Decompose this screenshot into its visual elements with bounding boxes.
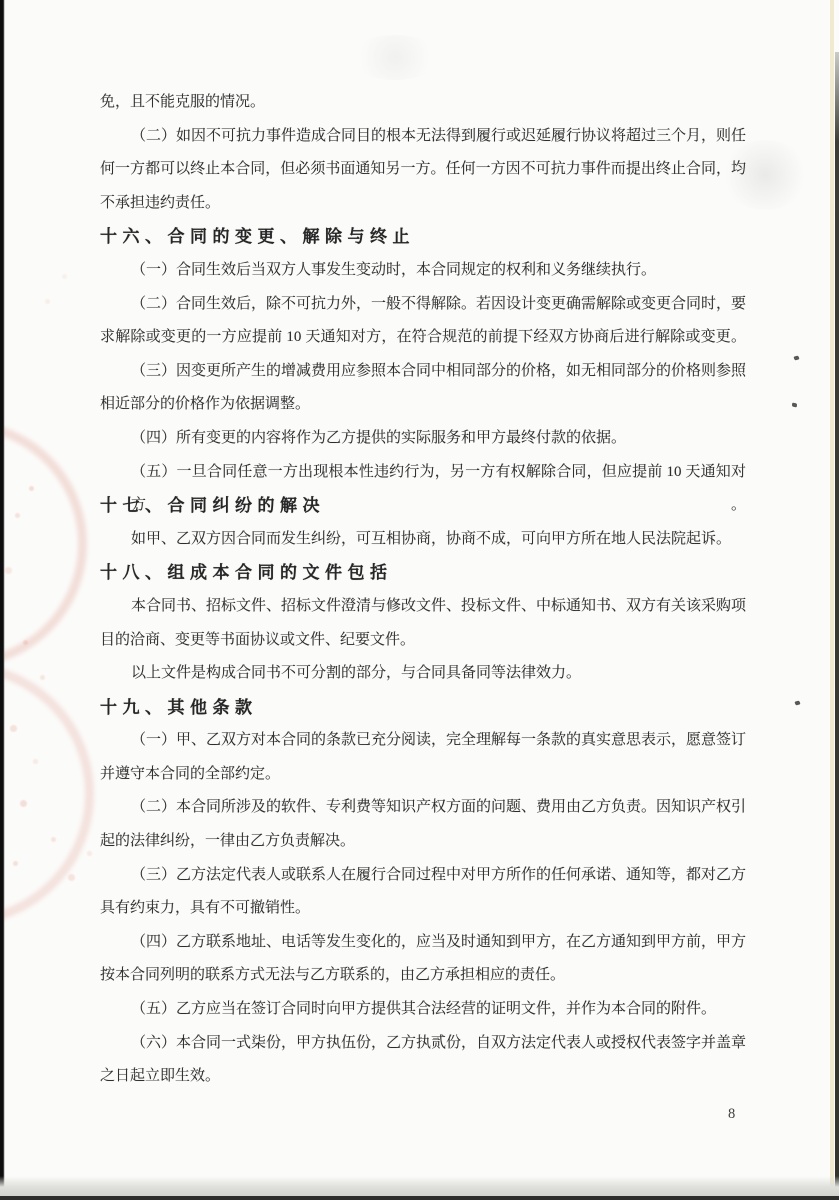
text-lines: 免，且不能克服的情况。（二）如因不可抗力事件造成合同目的根本无法得到履行或迟延履…	[100, 86, 746, 1094]
text-line: （一）甲、乙双方对本合同的条款已充分阅读，完全理解每一条款的真实意思表示，愿意签…	[100, 724, 746, 758]
text-line: （二）本合同所涉及的软件、专利费等知识产权方面的问题、费用由乙方负责。因知识产权…	[100, 791, 746, 825]
scan-edge-bottom	[0, 1196, 839, 1200]
text-line: 不承担违约责任。	[100, 187, 746, 221]
red-stamp-mark	[0, 662, 94, 926]
text-line: 如甲、乙双方因合同而发生纠纷，可互相协商，协商不成，可向甲方所在地人民法院起诉。	[100, 523, 746, 557]
text-line: （五）一旦合同任意一方出现根本性违约行为，另一方有权解除合同，但应提前 10 天…	[100, 456, 746, 490]
text-line: 之日起立即生效。	[100, 1060, 746, 1094]
text-line: 本合同书、招标文件、招标文件澄清与修改文件、投标文件、中标通知书、双方有关该采购…	[100, 590, 746, 624]
section-heading: 十九、其他条款	[100, 691, 746, 725]
scan-edge-left	[0, 0, 5, 1200]
text-line: 免，且不能克服的情况。	[100, 86, 746, 120]
text-line: 何一方都可以终止本合同，但必须书面通知另一方。任何一方因不可抗力事件而提出终止合…	[100, 153, 746, 187]
text-line: 以上文件是构成合同书不可分割的部分，与合同具备同等法律效力。	[100, 657, 746, 691]
text-line: （四）乙方联系地址、电话等发生变化的，应当及时通知到甲方，在乙方通知到甲方前，甲…	[100, 926, 746, 960]
text-line: 具有约束力，具有不可撤销性。	[100, 892, 746, 926]
scan-edge-right-tan	[830, 0, 834, 1200]
section-heading: 十八、组成本合同的文件包括	[100, 556, 746, 590]
ink-speck	[794, 355, 800, 360]
scan-smudge	[350, 35, 440, 80]
page-number: 8	[728, 1104, 735, 1124]
text-line: 并遵守本合同的全部约定。	[100, 758, 746, 792]
text-line: （六）本合同一式柒份，甲方执伍份，乙方执贰份，自双方法定代表人或授权代表签字并盖…	[100, 1027, 746, 1061]
text-line: （三）乙方法定代表人或联系人在履行合同过程中对甲方所作的任何承诺、通知等，都对乙…	[100, 859, 746, 893]
text-line: （二）如因不可抗力事件造成合同目的根本无法得到履行或迟延履行协议将超过三个月，则…	[100, 120, 746, 154]
document-page: 免，且不能克服的情况。（二）如因不可抗力事件造成合同目的根本无法得到履行或迟延履…	[0, 0, 839, 1200]
text-line: （一）合同生效后当双方人事发生变动时，本合同规定的权利和义务继续执行。	[100, 254, 746, 288]
text-line: 起的法律纠纷，一律由乙方负责解决。	[100, 825, 746, 859]
text-line: （二）合同生效后，除不可抗力外，一般不得解除。若因设计变更确需解除或变更合同时，…	[100, 288, 746, 322]
section-heading: 十六、合同的变更、解除与终止	[100, 220, 746, 254]
ink-speck	[792, 403, 798, 408]
red-stamp-mark	[0, 420, 87, 668]
text-line: （五）乙方应当在签订合同时向甲方提供其合法经营的证明文件，并作为本合同的附件。	[100, 993, 746, 1027]
text-line: 相近部分的价格作为依据调整。	[100, 388, 746, 422]
scan-edge-bottom-band	[0, 1176, 839, 1196]
ink-speck	[795, 700, 801, 705]
text-line: （四）所有变更的内容将作为乙方提供的实际服务和甲方最终付款的依据。	[100, 422, 746, 456]
text-line: 按本合同列明的联系方式无法与乙方联系的，由乙方承担相应的责任。	[100, 959, 746, 993]
scan-edge-right	[835, 52, 839, 1200]
text-line: 目的洽商、变更等书面协议或文件、纪要文件。	[100, 624, 746, 658]
text-line: 求解除或变更的一方应提前 10 天通知对方，在符合规范的前提下经双方协商后进行解…	[100, 321, 746, 355]
text-line: （三）因变更所产生的增减费用应参照本合同中相同部分的价格，如无相同部分的价格则参…	[100, 355, 746, 389]
